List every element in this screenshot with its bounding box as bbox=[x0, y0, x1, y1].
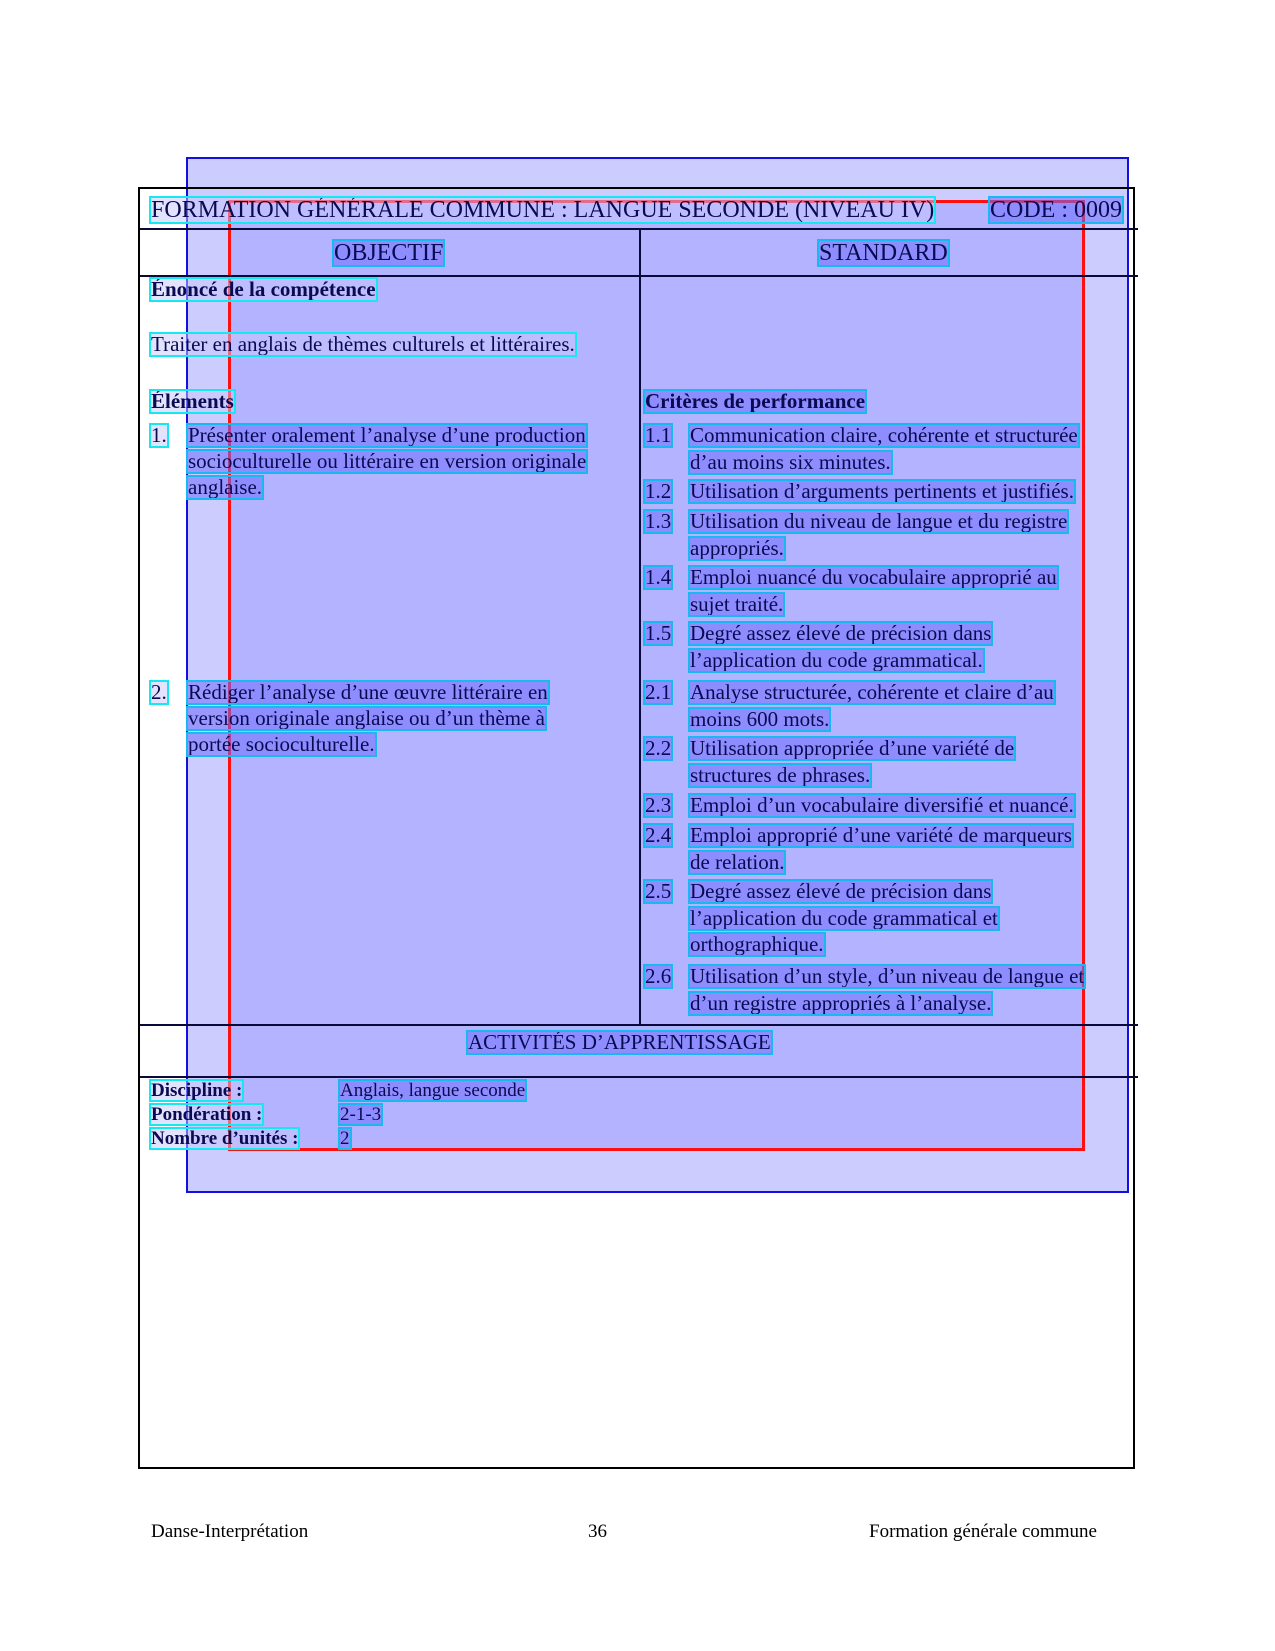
footer-section: Formation générale commune bbox=[869, 1521, 1097, 1543]
criterion-line: de relation. bbox=[690, 852, 784, 873]
criterion-number: 2.6 bbox=[645, 966, 671, 987]
divider-activities-top bbox=[140, 1024, 1138, 1026]
competence-statement: Traiter en anglais de thèmes culturels e… bbox=[151, 334, 575, 355]
criterion-line: d’un registre appropriés à l’analyse. bbox=[690, 993, 991, 1014]
column-header-objectif: OBJECTIF bbox=[334, 241, 443, 265]
criterion-number: 1.2 bbox=[645, 481, 671, 502]
criterion-line: l’application du code grammatical. bbox=[690, 650, 983, 671]
footer-program: Danse-Interprétation bbox=[151, 1521, 308, 1543]
page-title: FORMATION GÉNÉRALE COMMUNE : LANGUE SECO… bbox=[151, 198, 934, 222]
discipline-label: Discipline : bbox=[151, 1081, 242, 1100]
criterion-line: orthographique. bbox=[690, 934, 824, 955]
element-line: version originale anglaise ou d’un thème… bbox=[188, 708, 545, 729]
element-line: anglaise. bbox=[188, 477, 262, 498]
ponderation-label: Pondération : bbox=[151, 1105, 262, 1124]
criterion-number: 2.1 bbox=[645, 682, 671, 703]
elements-heading: Éléments bbox=[151, 391, 234, 412]
element-line: portée socioculturelle. bbox=[188, 734, 375, 755]
criterion-line: d’au moins six minutes. bbox=[690, 452, 891, 473]
criterion-line: Degré assez élevé de précision dans bbox=[690, 623, 991, 644]
criterion-line: Degré assez élevé de précision dans bbox=[690, 881, 991, 902]
criterion-number: 2.2 bbox=[645, 738, 671, 759]
criterion-line: structures de phrases. bbox=[690, 765, 870, 786]
criterion-number: 1.4 bbox=[645, 567, 671, 588]
column-divider bbox=[639, 229, 641, 1025]
criterion-number: 1.1 bbox=[645, 425, 671, 446]
column-header-standard: STANDARD bbox=[819, 241, 948, 265]
ponderation-value: 2-1-3 bbox=[340, 1105, 381, 1124]
units-label: Nombre d’unités : bbox=[151, 1129, 298, 1148]
criteria-heading: Critères de performance bbox=[645, 391, 865, 412]
units-value: 2 bbox=[340, 1129, 350, 1148]
criterion-line: Utilisation d’un style, d’un niveau de l… bbox=[690, 966, 1084, 987]
criterion-line: moins 600 mots. bbox=[690, 709, 829, 730]
element-number: 2. bbox=[151, 682, 167, 703]
criterion-number: 2.5 bbox=[645, 881, 671, 902]
element-line: Présenter oralement l’analyse d’une prod… bbox=[188, 425, 586, 446]
divider-activities-bottom bbox=[140, 1076, 1138, 1078]
criterion-line: Communication claire, cohérente et struc… bbox=[690, 425, 1078, 446]
criterion-line: sujet traité. bbox=[690, 594, 783, 615]
criterion-line: Emploi d’un vocabulaire diversifié et nu… bbox=[690, 795, 1074, 816]
discipline-value: Anglais, langue seconde bbox=[340, 1081, 525, 1100]
footer-page-number: 36 bbox=[588, 1521, 607, 1543]
criterion-line: Analyse structurée, cohérente et claire … bbox=[690, 682, 1054, 703]
criterion-line: l’application du code grammatical et bbox=[690, 908, 998, 929]
element-line: socioculturelle ou littéraire en version… bbox=[188, 451, 586, 472]
element-line: Rédiger l’analyse d’une œuvre littéraire… bbox=[188, 682, 548, 703]
criterion-line: Utilisation du niveau de langue et du re… bbox=[690, 511, 1067, 532]
element-number: 1. bbox=[151, 425, 167, 446]
criterion-line: Emploi nuancé du vocabulaire approprié a… bbox=[690, 567, 1057, 588]
competence-heading: Énoncé de la compétence bbox=[151, 279, 376, 300]
criterion-line: Utilisation appropriée d’une variété de bbox=[690, 738, 1014, 759]
criterion-number: 1.5 bbox=[645, 623, 671, 644]
criterion-number: 2.4 bbox=[645, 825, 671, 846]
activities-heading: ACTIVITÉS D’APPRENTISSAGE bbox=[468, 1032, 771, 1053]
criterion-line: Emploi approprié d’une variété de marque… bbox=[690, 825, 1072, 846]
criterion-number: 1.3 bbox=[645, 511, 671, 532]
course-code: CODE : 0009 bbox=[990, 198, 1122, 222]
criterion-number: 2.3 bbox=[645, 795, 671, 816]
criterion-line: appropriés. bbox=[690, 538, 784, 559]
criterion-line: Utilisation d’arguments pertinents et ju… bbox=[690, 481, 1074, 502]
